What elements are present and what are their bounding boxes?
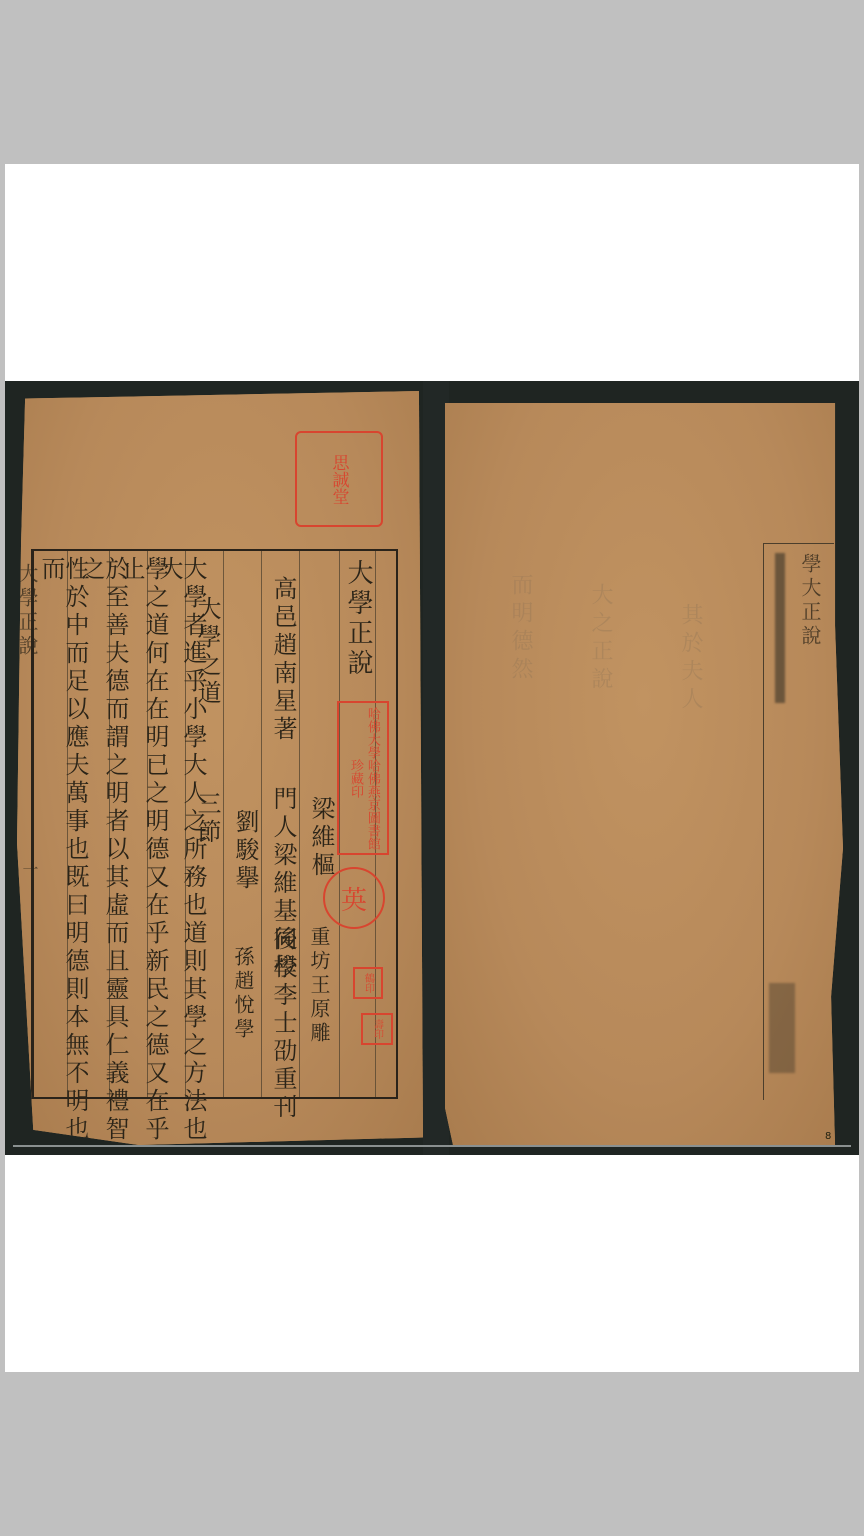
book-title: 大學正說 <box>345 559 371 679</box>
left-page: 大學正說 一 大學者進乎小學大人之所務也道則其學之方法也大 學之道何在在明已之明… <box>17 391 423 1145</box>
section-label: 三節 <box>195 791 219 847</box>
book-scan: 大學正說 一 大學者進乎小學大人之所務也道則其學之方法也大 學之道何在在明已之明… <box>5 381 859 1155</box>
column-rule <box>223 551 224 1097</box>
right-margin-title: 學大正說 <box>800 553 820 649</box>
liu-line: 劉駿擧 <box>233 809 257 893</box>
library-seal: 哈佛大學哈佛燕京圖書館珍藏印 <box>337 701 389 855</box>
folio-mark-right: 8 <box>825 1131 831 1142</box>
author-line: 高邑趙南星著 <box>271 576 295 744</box>
grandson-line: 孫趙悅學 <box>233 946 253 1042</box>
column-rule <box>299 551 300 1097</box>
column-rule <box>261 551 262 1097</box>
editor-line-1: 梁維樞 <box>309 796 333 880</box>
editor-line-2: 重坊王原雕 <box>309 926 329 1046</box>
chapter-heading: 大學之道 <box>195 596 219 708</box>
square-seal: 思誠堂 <box>295 431 383 527</box>
bleed-through-text: 大之正說 <box>585 583 616 695</box>
folio-mark-left: 9 <box>27 1119 33 1130</box>
body-column-4: 性於中而足以應夫萬事也既曰明德則本無不明也而 <box>39 556 87 1145</box>
small-seal-1: 鶴印 <box>353 967 383 999</box>
ink-smudge <box>775 553 785 703</box>
later-scholar-line: 後學李士劭重刊 <box>271 926 295 1122</box>
bleed-through-text: 其於夫人 <box>675 603 706 715</box>
small-seal-2: 壽印 <box>361 1013 393 1045</box>
round-seal: 英 <box>323 867 385 929</box>
right-page: 而明德然 大之正說 其於夫人 學大正說 8 <box>445 403 843 1145</box>
bleed-through-text: 而明德然 <box>505 573 536 685</box>
ink-smudge <box>769 983 795 1073</box>
margin-page-number: 一 <box>21 861 37 881</box>
margin-title: 大學正說 <box>17 563 37 659</box>
